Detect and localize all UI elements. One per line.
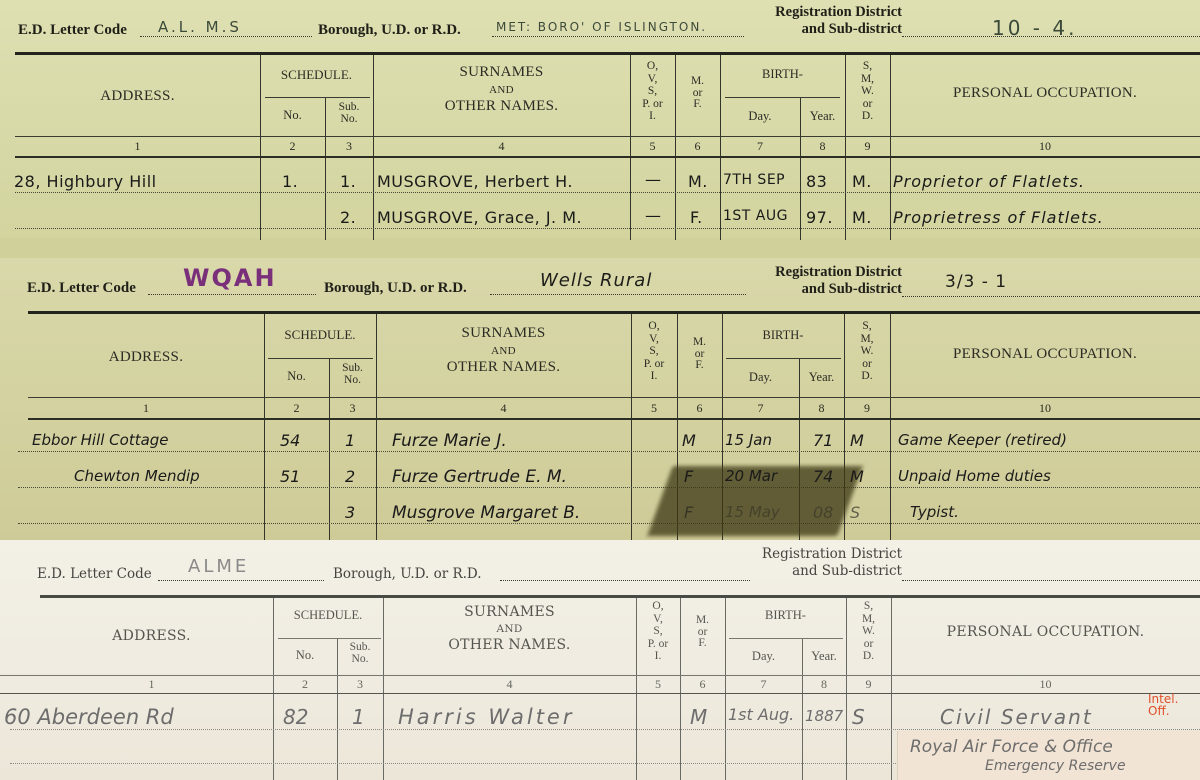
row-birth-day: 1st Aug.: [728, 705, 794, 724]
col-number: 10: [890, 139, 1200, 154]
number-row-rule: [0, 693, 1200, 694]
surnames-line: AND: [376, 345, 631, 357]
surnames-line: SURNAMES: [373, 64, 630, 81]
row-schedule-sub: 1.: [340, 172, 356, 191]
sub-line: No.: [325, 114, 373, 126]
header-rule: [40, 595, 1200, 598]
smwd-line: D.: [846, 650, 891, 663]
birth-divider: [726, 358, 841, 359]
row-address: 60 Aberdeen Rd: [4, 705, 174, 729]
mf-line: M.: [677, 337, 722, 349]
schedule-divider: [278, 638, 381, 639]
number-row-rule: [28, 418, 1200, 420]
entry-dotline: [15, 192, 1200, 193]
mf-line: M.: [675, 76, 720, 88]
smwd-line: S,: [845, 60, 890, 73]
col-number: 8: [799, 401, 844, 416]
number-row-rule: [15, 156, 1200, 158]
row-schedule-sub: 2.: [340, 208, 356, 227]
schedule-header: SCHEDULE.: [273, 609, 383, 622]
reg-line-2: and Sub-district: [748, 21, 902, 38]
ovspi-line: V,: [636, 613, 680, 626]
sub-line: No.: [337, 654, 383, 666]
row-occupation: Typist.: [910, 503, 959, 521]
entry-dotline: [18, 487, 1200, 488]
col-number: 7: [725, 677, 802, 692]
smwd-line: or: [844, 358, 890, 371]
row-sex: F: [684, 467, 693, 486]
borough-label: Borough, U.D. or R.D.: [318, 22, 461, 39]
ovspi-line: P. or: [631, 358, 677, 371]
ovspi-line: O,: [630, 60, 675, 73]
col-number: 1: [28, 401, 264, 416]
reg-line-2: and Sub-district: [750, 563, 902, 580]
surnames-line: AND: [373, 84, 630, 96]
reg-line-2: and Sub-district: [748, 281, 902, 298]
row-occupation: Game Keeper (retired): [898, 431, 1067, 449]
surnames-line: SURNAMES: [376, 325, 631, 342]
ovspi-line: V,: [630, 73, 675, 86]
ovspi-header: O,V,S,P. orI.: [630, 60, 675, 123]
ovspi-line: P. or: [636, 638, 680, 651]
sex-header: M.orF.: [677, 337, 722, 372]
marital-status-header: S,M,W.orD.: [845, 60, 890, 123]
entry-dotline: [15, 228, 1200, 229]
row-occupation: Proprietress of Flatlets.: [893, 208, 1104, 227]
sheet-2-meta: E.D. Letter Code WQAH Borough, U.D. or R…: [0, 258, 1200, 310]
surnames-line: OTHER NAMES.: [383, 637, 636, 653]
row-sex: F: [684, 503, 693, 522]
row-birth-year: 71: [813, 431, 833, 450]
row-schedule-no: 82: [283, 705, 308, 729]
col-number: 8: [800, 139, 845, 154]
col-number: 2: [273, 677, 337, 692]
col-number: 4: [373, 139, 630, 154]
row-ovspi: —: [645, 170, 662, 189]
birth-header: BIRTH-: [725, 609, 846, 622]
ovspi-line: I.: [636, 650, 680, 663]
smwd-line: D.: [844, 370, 890, 383]
borough-dotline: [490, 294, 746, 295]
col-number: 9: [844, 401, 890, 416]
col-number: 9: [845, 139, 890, 154]
birth-header: BIRTH-: [720, 68, 845, 81]
col-number: 7: [720, 139, 800, 154]
row-birth-year: 74: [813, 467, 833, 486]
smwd-line: S,: [846, 600, 891, 613]
row-sex: F.: [690, 208, 703, 227]
row-birth-day: 15 Jan: [725, 431, 772, 449]
sex-header: M.orF.: [680, 615, 725, 650]
surnames-header: SURNAMES AND OTHER NAMES.: [383, 604, 636, 653]
col-number: 2: [260, 139, 325, 154]
row-birth-year: 97.: [806, 208, 833, 227]
smwd-line: W.: [844, 345, 890, 358]
address-header: ADDRESS.: [15, 88, 260, 105]
row-name: Harris Walter: [398, 705, 574, 729]
row-schedule-sub: 1: [345, 431, 355, 450]
surnames-line: OTHER NAMES.: [376, 359, 631, 376]
col-number: 10: [891, 677, 1200, 692]
sub-line: Sub.: [325, 102, 373, 114]
sub-line: Sub.: [329, 363, 376, 375]
row-marital-status: S: [850, 503, 860, 522]
ed-letter-code-label: E.D. Letter Code: [18, 22, 127, 39]
row-birth-day: 1ST AUG: [723, 208, 788, 224]
registration-district-label: Registration District and Sub-district: [750, 546, 902, 580]
surnames-line: OTHER NAMES.: [373, 98, 630, 115]
schedule-no-header: No.: [273, 649, 337, 662]
row-birth-day: 7TH SEP: [723, 172, 785, 188]
row-occupation: Civil Servant: [940, 705, 1093, 729]
schedule-sub-header: Sub.No.: [337, 642, 383, 665]
smwd-line: M,: [846, 613, 891, 626]
register-sheet-2: E.D. Letter Code WQAH Borough, U.D. or R…: [0, 258, 1200, 540]
col-number: 10: [890, 401, 1200, 416]
schedule-sub-header: Sub.No.: [329, 363, 376, 386]
registration-district-label: Registration District and Sub-district: [748, 4, 902, 38]
ed-letter-code-label: E.D. Letter Code: [37, 566, 152, 582]
row-schedule-sub: 1: [352, 705, 365, 729]
borough-label: Borough, U.D. or R.D.: [333, 566, 482, 582]
address-header: ADDRESS.: [30, 628, 273, 644]
row-schedule-no: 54: [280, 431, 300, 450]
col-number: 3: [329, 401, 376, 416]
row-schedule-no: 51: [280, 467, 300, 486]
reg-district-dotline: [902, 296, 1200, 297]
col-number: 3: [337, 677, 383, 692]
header-rule: [28, 311, 1200, 314]
smwd-line: M,: [844, 333, 890, 346]
schedule-no-header: No.: [264, 370, 329, 383]
row-name: MUSGROVE, Grace, J. M.: [377, 208, 582, 227]
ed-letter-code-dotline: [140, 36, 312, 37]
row-marital-status: M: [850, 467, 864, 486]
birth-divider: [725, 97, 840, 98]
schedule-divider: [268, 358, 373, 359]
smwd-line: W.: [846, 625, 891, 638]
row-birth-year: 83: [806, 172, 827, 191]
schedule-no-header: No.: [260, 109, 325, 122]
row-sex: M: [682, 431, 696, 450]
row-annotation: Intel. Off.: [1148, 693, 1200, 717]
borough-value: MET: BORO' OF ISLINGTON.: [496, 20, 707, 34]
row-marital-status: M: [850, 431, 864, 450]
sex-header: M.orF.: [675, 76, 720, 111]
row-occupation: Unpaid Home duties: [898, 467, 1051, 485]
address-header: ADDRESS.: [28, 349, 264, 366]
ed-letter-code-stamp: WQAH: [183, 264, 277, 292]
schedule-header: SCHEDULE.: [260, 68, 373, 81]
row-schedule-sub: 3: [345, 503, 355, 522]
schedule-sub-header: Sub.No.: [325, 102, 373, 125]
row-address: Chewton Mendip: [74, 467, 200, 485]
row-sex: M: [690, 705, 707, 729]
row-pasted-note-2: Emergency Reserve: [985, 758, 1126, 774]
col-number: 5: [630, 139, 675, 154]
ovspi-line: S,: [631, 345, 677, 358]
row-marital-status: M.: [852, 208, 872, 227]
ovspi-header: O,V,S,P. orI.: [631, 320, 677, 383]
reg-district-dotline: [902, 580, 1200, 581]
ovspi-line: O,: [636, 600, 680, 613]
col-number: 6: [675, 139, 720, 154]
ovspi-line: O,: [631, 320, 677, 333]
row-name: Furze Marie J.: [392, 431, 507, 451]
smwd-line: or: [846, 638, 891, 651]
smwd-line: or: [845, 98, 890, 111]
row-marital-status: M.: [852, 172, 872, 191]
row-ovspi: —: [645, 206, 662, 225]
ovspi-line: I.: [631, 370, 677, 383]
col-divider: [264, 314, 265, 540]
smwd-line: W.: [845, 85, 890, 98]
row-sex: M.: [688, 172, 708, 191]
col-number: 2: [264, 401, 329, 416]
col-number: 5: [631, 401, 677, 416]
borough-dotline: [492, 36, 744, 37]
row-marital-status: S: [852, 705, 865, 729]
reg-line-1: Registration District: [748, 4, 902, 21]
ovspi-line: V,: [631, 333, 677, 346]
occupation-header: PERSONAL OCCUPATION.: [890, 85, 1200, 102]
row-birth-year: 08: [813, 503, 833, 522]
header-bottom-rule: [28, 397, 1200, 398]
sub-line: No.: [329, 375, 376, 387]
borough-value: Wells Rural: [540, 270, 652, 291]
birth-header: BIRTH-: [722, 329, 844, 342]
mf-line: M.: [680, 615, 725, 627]
row-address: Ebbor Hill Cottage: [32, 431, 169, 449]
registration-district-label: Registration District and Sub-district: [748, 264, 902, 298]
birth-year-header: Year.: [799, 371, 844, 384]
row-birth-day: 15 May: [725, 503, 780, 521]
smwd-line: D.: [845, 110, 890, 123]
row-address: 28, Highbury Hill: [14, 172, 157, 191]
ed-letter-code-dotline: [148, 294, 316, 295]
sub-line: Sub.: [337, 642, 383, 654]
smwd-line: M,: [845, 73, 890, 86]
col-number: 7: [722, 401, 799, 416]
col-number: 6: [680, 677, 725, 692]
birth-year-header: Year.: [800, 110, 845, 123]
row-schedule-sub: 2: [345, 467, 355, 486]
ed-letter-code-value: A.L. M.S: [158, 18, 242, 36]
reg-line-1: Registration District: [750, 546, 902, 563]
surnames-header: SURNAMES AND OTHER NAMES.: [376, 325, 631, 376]
birth-day-header: Day.: [720, 110, 800, 123]
mf-line: F.: [675, 99, 720, 111]
row-occupation: Proprietor of Flatlets.: [893, 172, 1085, 191]
row-schedule-no: 1.: [282, 172, 298, 191]
header-bottom-rule: [15, 136, 1200, 137]
birth-year-header: Year.: [802, 650, 846, 663]
birth-divider: [729, 638, 843, 639]
register-sheet-3: E.D. Letter Code ALME Borough, U.D. or R…: [0, 540, 1200, 780]
birth-day-header: Day.: [722, 371, 799, 384]
row-name: Furze Gertrude E. M.: [392, 467, 567, 487]
ovspi-header: O,V,S,P. orI.: [636, 600, 680, 663]
surnames-line: SURNAMES: [383, 604, 636, 620]
smwd-line: S,: [844, 320, 890, 333]
reg-district-value: 3/3 - 1: [945, 272, 1007, 292]
col-number: 4: [383, 677, 636, 692]
row-name: Musgrove Margaret B.: [392, 503, 580, 523]
surnames-line: AND: [383, 623, 636, 635]
col-number: 8: [802, 677, 846, 692]
sheet-1-meta: E.D. Letter Code A.L. M.S Borough, U.D. …: [0, 0, 1200, 52]
marital-status-header: S,M,W.orD.: [846, 600, 891, 663]
ed-letter-code-label: E.D. Letter Code: [27, 280, 136, 297]
reg-line-1: Registration District: [748, 264, 902, 281]
mf-line: F.: [680, 638, 725, 650]
col-number: 1: [30, 677, 273, 692]
row-pasted-note-1: Royal Air Force & Office: [910, 737, 1113, 757]
header-bottom-rule: [0, 675, 1200, 676]
ed-letter-code-value: ALME: [188, 556, 249, 577]
row-birth-year: 1887: [805, 707, 843, 725]
schedule-header: SCHEDULE.: [264, 328, 376, 341]
borough-label: Borough, U.D. or R.D.: [324, 280, 467, 297]
schedule-divider: [265, 97, 370, 98]
occupation-header: PERSONAL OCCUPATION.: [890, 346, 1200, 363]
sheet-3-meta: E.D. Letter Code ALME Borough, U.D. or R…: [0, 540, 1200, 592]
col-number: 3: [325, 139, 373, 154]
marital-status-header: S,M,W.orD.: [844, 320, 890, 383]
register-sheet-1: E.D. Letter Code A.L. M.S Borough, U.D. …: [0, 0, 1200, 258]
header-rule: [15, 52, 1200, 55]
borough-dotline: [500, 580, 750, 581]
row-birth-day: 20 Mar: [725, 467, 777, 485]
entry-dotline: [10, 729, 1200, 730]
mf-line: F.: [677, 360, 722, 372]
entry-dotline: [18, 523, 1200, 524]
occupation-header: PERSONAL OCCUPATION.: [891, 624, 1200, 640]
reg-district-value: 10 - 4.: [992, 16, 1077, 40]
ovspi-line: S,: [636, 625, 680, 638]
col-number: 9: [846, 677, 891, 692]
birth-day-header: Day.: [725, 650, 802, 663]
entry-dotline: [18, 451, 1200, 452]
col-number: 1: [15, 139, 260, 154]
col-number: 4: [376, 401, 631, 416]
ovspi-line: S,: [630, 85, 675, 98]
col-number: 5: [636, 677, 680, 692]
ed-letter-code-dotline: [158, 580, 324, 581]
col-number: 6: [677, 401, 722, 416]
ovspi-line: P. or: [630, 98, 675, 111]
sheet-1-bottom-margin: [0, 238, 1200, 258]
surnames-header: SURNAMES AND OTHER NAMES.: [373, 64, 630, 115]
row-name: MUSGROVE, Herbert H.: [377, 172, 573, 191]
ovspi-line: I.: [630, 110, 675, 123]
